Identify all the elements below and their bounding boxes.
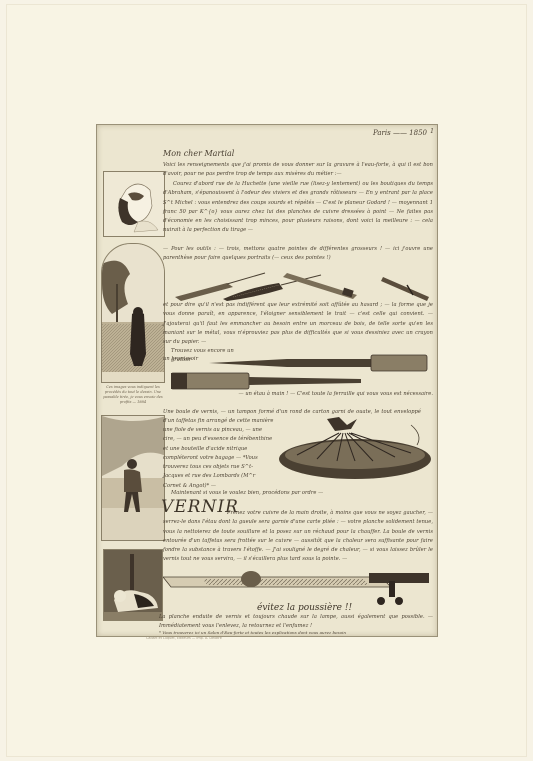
letter-paragraph: Voici les renseignements que j'ai promis… [163, 161, 433, 180]
letter-paragraph: Courez d'abord rue de la Huchette (une v… [163, 180, 433, 236]
letter-paragraph: et pour dire qu'il n'est pas indifférent… [163, 301, 433, 347]
varnish-dabber-illustration [277, 415, 433, 485]
dateline: Paris —— 1850 [373, 129, 427, 137]
scraper-burnisher-illustration [171, 353, 433, 391]
seated-figure-vignette [101, 415, 165, 541]
letter-paragraph: une fiole de vernis au pinceau, — une ci… [163, 426, 273, 491]
portrait-vignette [103, 171, 165, 237]
printer-imprint: Cadart et Luquet, Éditeurs — Imp. A. Del… [146, 636, 222, 640]
letter-paragraph: — Pour les outils : — trois, mettons qua… [163, 245, 433, 264]
heading-poussiere: évitez la poussière !! [257, 603, 352, 613]
vignette-caption: Ces images vous indiquent les procédés d… [99, 385, 167, 405]
plate-in-vise-illustration [163, 571, 435, 605]
letter-paragraph: — un étau à main ! — C'est toute la ferr… [163, 390, 433, 399]
page-number: 1 [430, 128, 434, 135]
letter-paragraph: Prenez votre cuivre de la main droite, à… [163, 509, 433, 565]
landscape-figure-vignette [101, 243, 165, 383]
salutation: Mon cher Martial [163, 149, 234, 158]
dog-vignette [103, 549, 163, 621]
etched-plate: Paris —— 1850 Mon cher Martial Ces image… [96, 124, 438, 637]
etching-needles-illustration [171, 269, 433, 301]
